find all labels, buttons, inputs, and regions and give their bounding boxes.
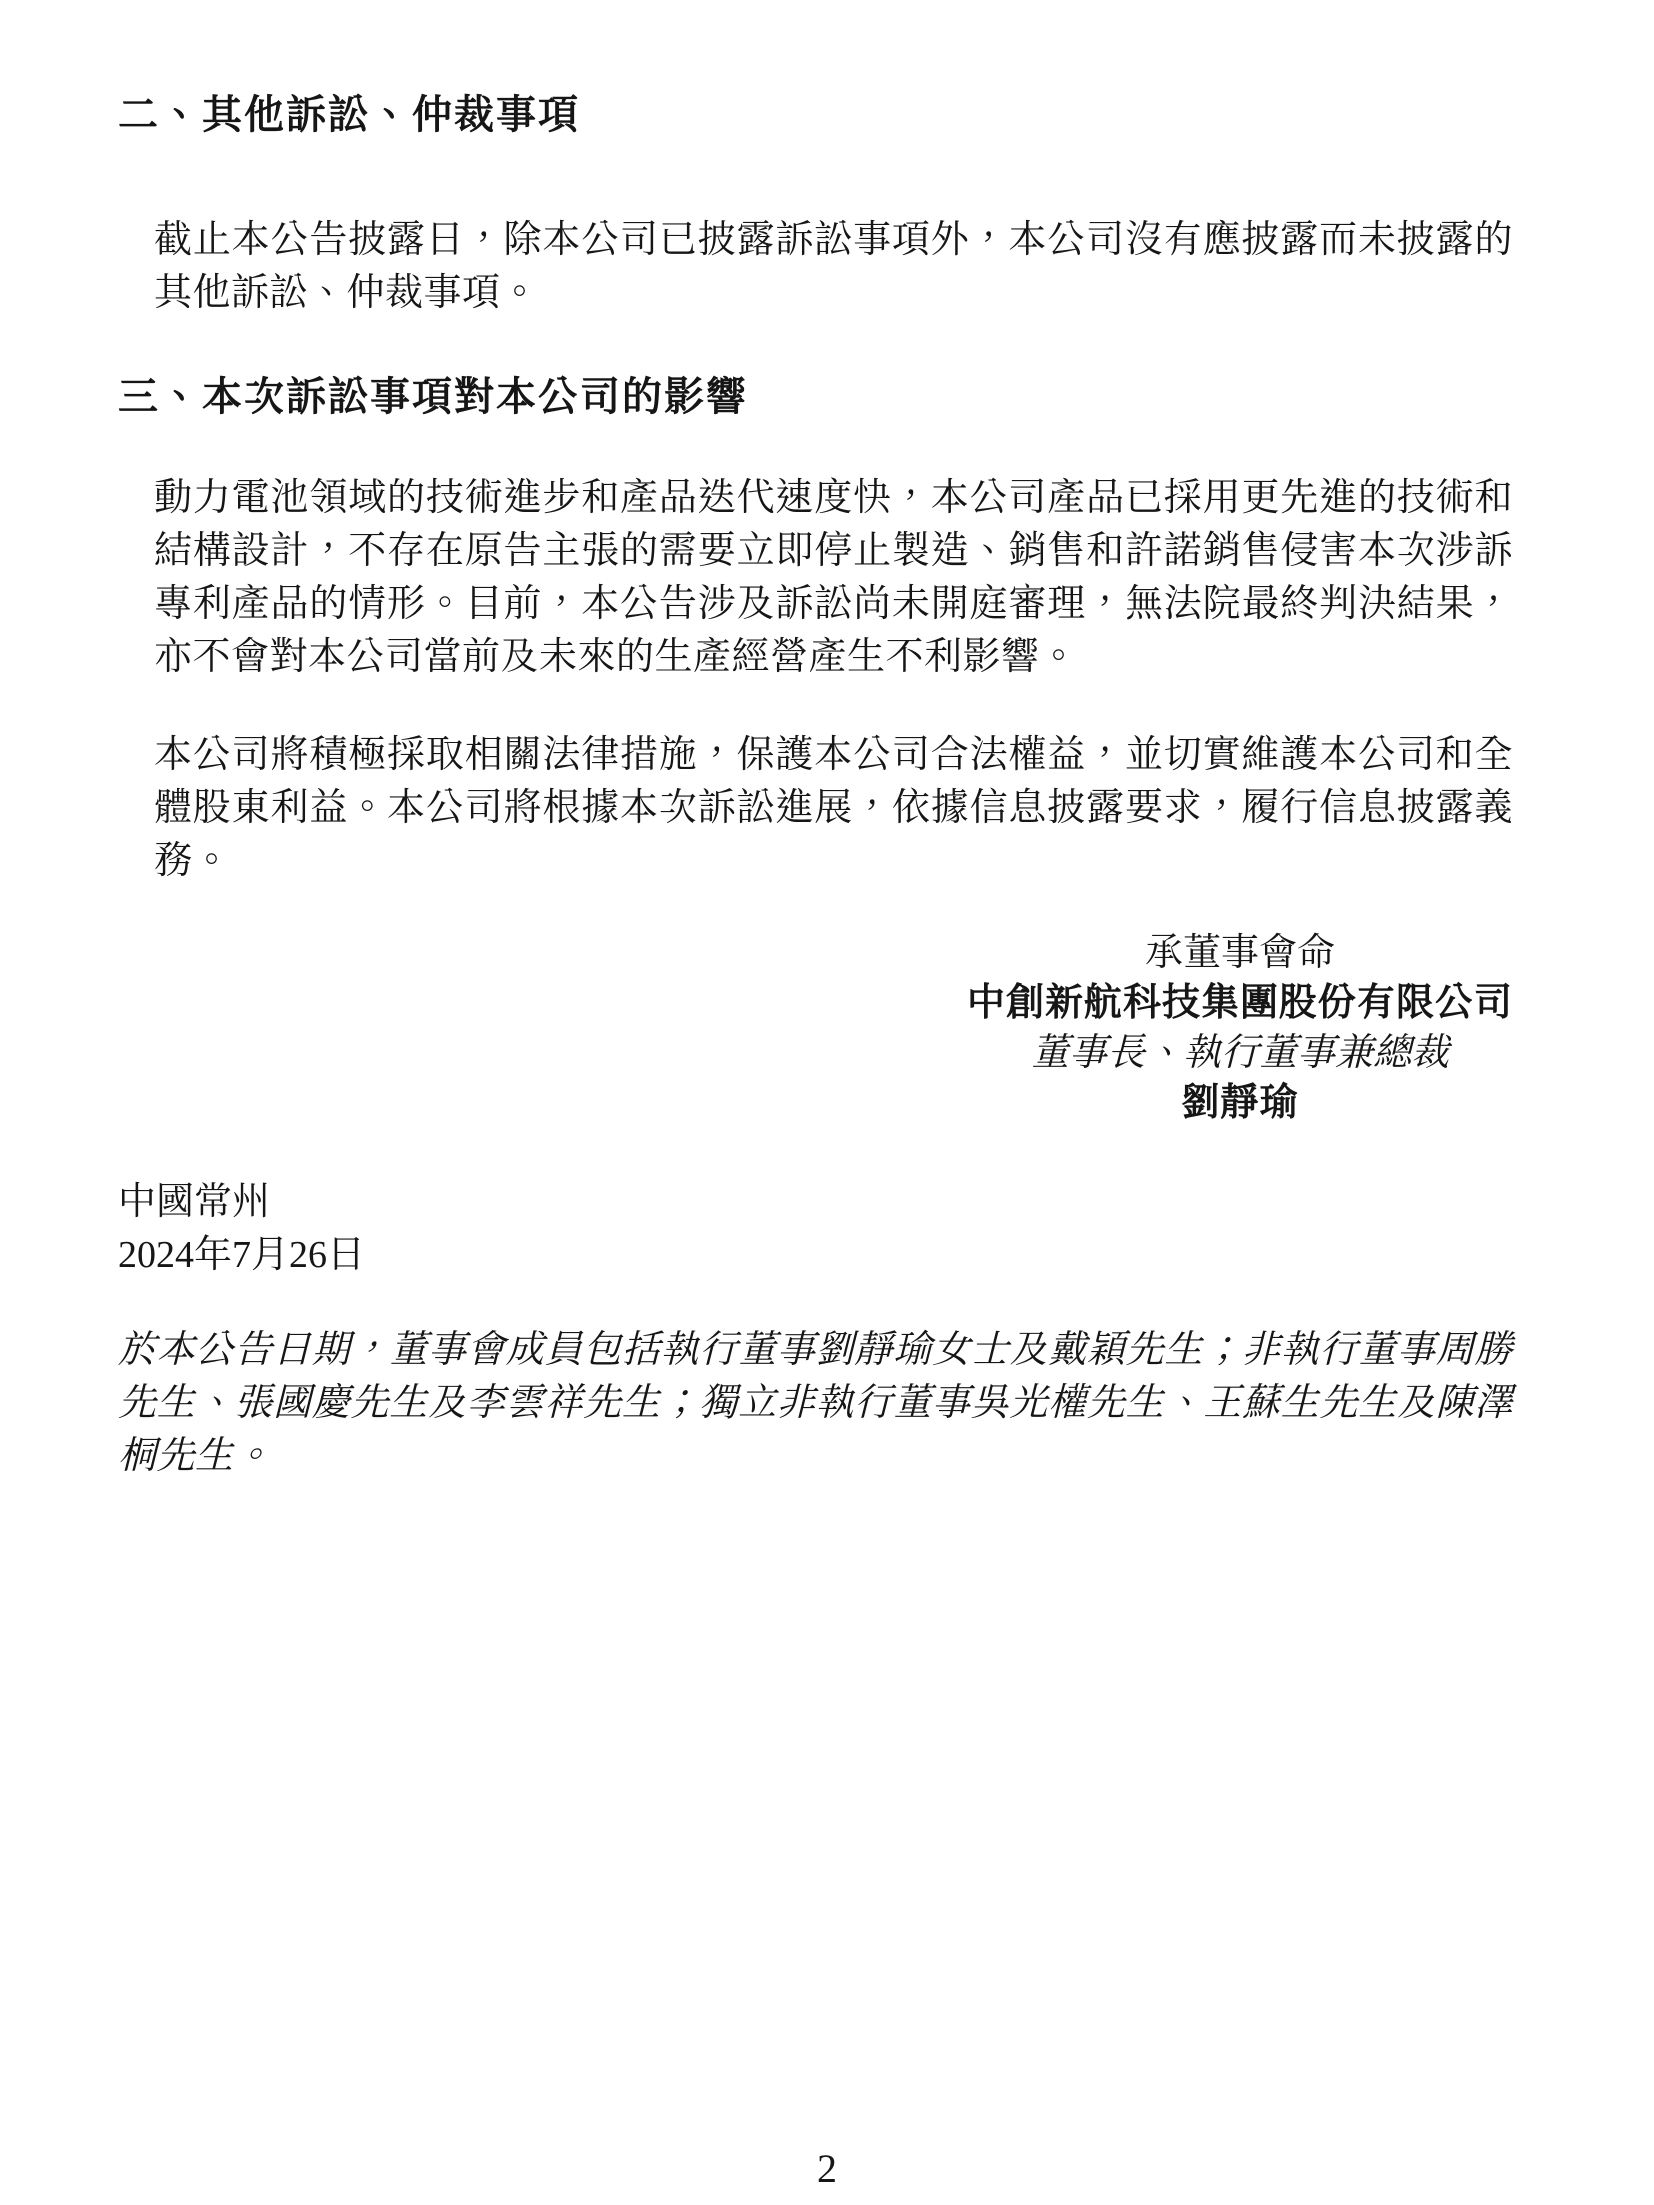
by-order-of-the-board: 承董事會命 bbox=[967, 928, 1513, 978]
date: 2024年7月26日 bbox=[118, 1229, 1513, 1282]
signer-title: 董事長、執行董事兼總裁 bbox=[967, 1028, 1513, 1078]
place-date-block: 中國常州 2024年7月26日 bbox=[118, 1176, 1513, 1282]
section-other-litigation: 二、其他訴訟、仲裁事項 截止本公告披露日，除本公司已披露訴訟事項外，本公司沒有應… bbox=[118, 88, 1513, 320]
company-name: 中創新航科技集團股份有限公司 bbox=[967, 978, 1513, 1028]
announcement-page: 二、其他訴訟、仲裁事項 截止本公告披露日，除本公司已披露訴訟事項外，本公司沒有應… bbox=[0, 0, 1654, 2205]
page-number: 2 bbox=[0, 2148, 1654, 2190]
section-heading-impact: 三、本次訴訟事項對本公司的影響 bbox=[118, 370, 1513, 424]
signature-block: 承董事會命 中創新航科技集團股份有限公司 董事長、執行董事兼總裁 劉靜瑜 bbox=[967, 928, 1513, 1128]
section-heading-other-litigation: 二、其他訴訟、仲裁事項 bbox=[118, 88, 1513, 142]
paragraph-impact-2: 本公司將積極採取相關法律措施，保護本公司合法權益，並切實維護本公司和全體股東利益… bbox=[154, 729, 1513, 888]
paragraph-other-litigation: 截止本公告披露日，除本公司已披露訴訟事項外，本公司沒有應披露而未披露的其他訴訟、… bbox=[154, 214, 1513, 320]
place: 中國常州 bbox=[118, 1176, 1513, 1229]
signer-name: 劉靜瑜 bbox=[967, 1078, 1513, 1128]
section-impact-on-company: 三、本次訴訟事項對本公司的影響 動力電池領域的技術進步和產品迭代速度快，本公司產… bbox=[118, 370, 1513, 888]
board-members-note: 於本公告日期，董事會成員包括執行董事劉靜瑜女士及戴穎先生；非執行董事周勝先生、張… bbox=[118, 1324, 1513, 1483]
paragraph-impact-1: 動力電池領域的技術進步和產品迭代速度快，本公司產品已採用更先進的技術和結構設計，… bbox=[154, 472, 1513, 684]
